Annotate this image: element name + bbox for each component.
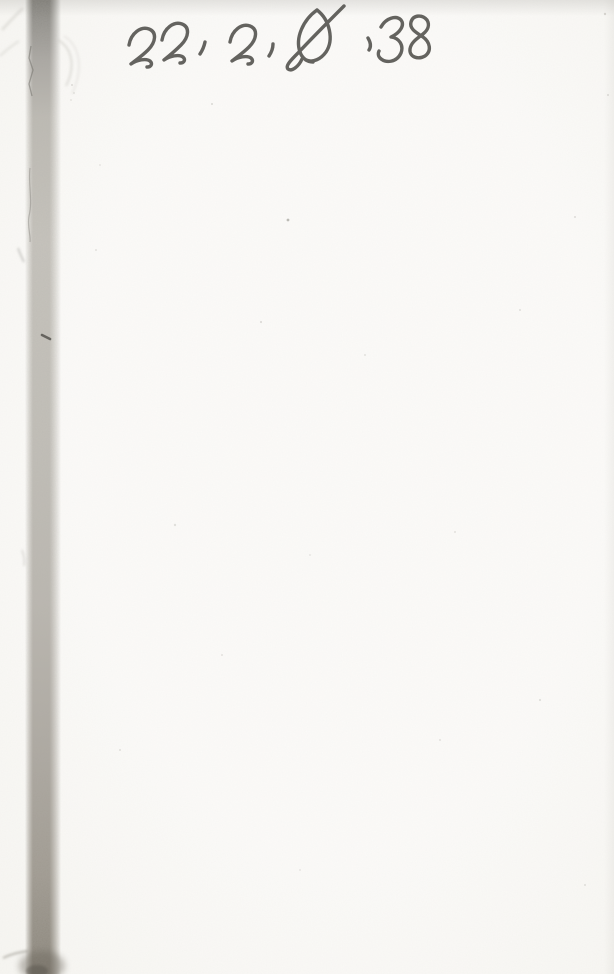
page-scan-artwork xyxy=(0,0,614,974)
paper-grain-texture xyxy=(0,0,614,974)
binding-fold-band xyxy=(19,0,65,974)
scanned-page: 22. 2. D. 38 xyxy=(0,0,614,974)
